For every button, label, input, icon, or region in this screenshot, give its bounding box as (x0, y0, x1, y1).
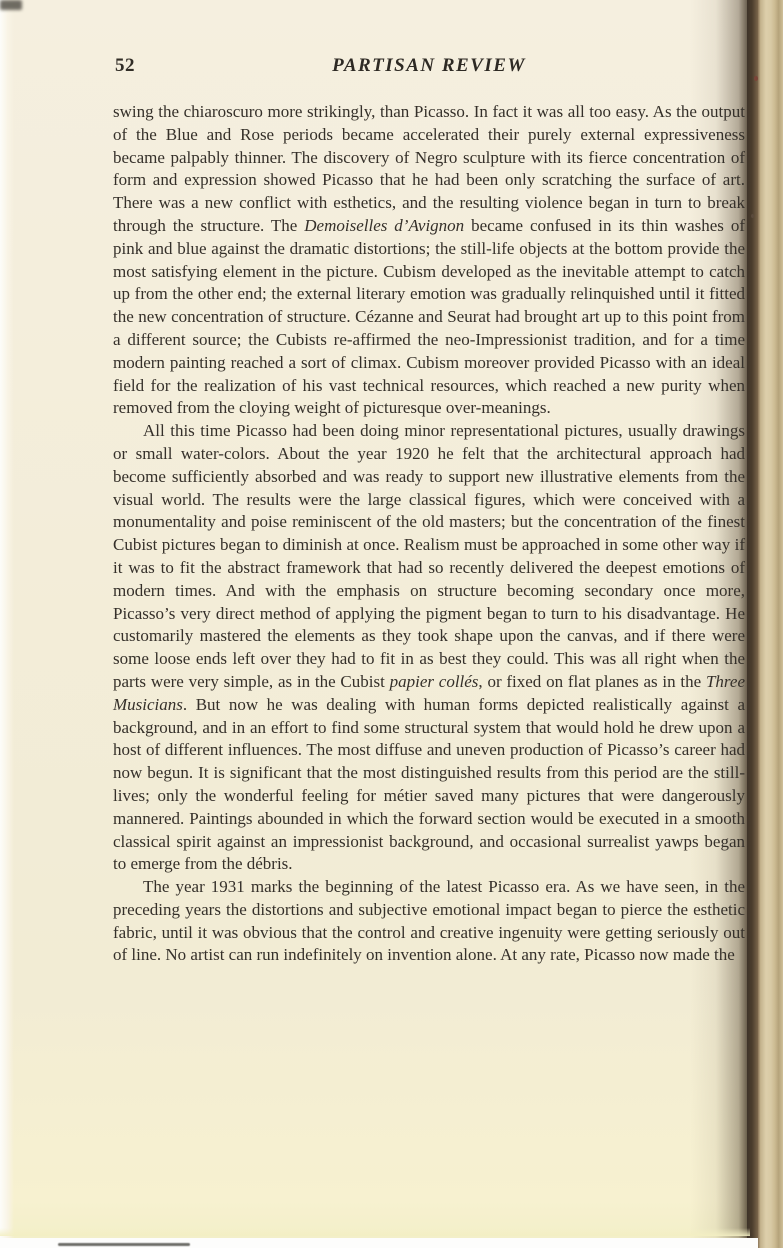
left-edge-highlight (0, 0, 14, 1238)
page-edge-shadow (747, 0, 758, 1248)
body-paragraph: The year 1931 marks the beginning of the… (113, 876, 745, 967)
scanned-page: 52 PARTISAN REVIEW swing the chiaroscuro… (0, 0, 783, 1248)
top-left-scan-artifact (0, 0, 22, 10)
body-paragraph: swing the chiaroscuro more strikingly, t… (113, 101, 745, 420)
paragraph-text: became confused in its thin washes of pi… (113, 216, 745, 417)
text-column: 52 PARTISAN REVIEW swing the chiaroscuro… (113, 55, 745, 967)
paragraph-text: , or fixed on flat planes as in the (478, 672, 706, 691)
bottom-scan-artifact (58, 1243, 190, 1246)
page-edge-speck (751, 214, 754, 218)
page-edge-speck (754, 76, 758, 81)
bottom-tint-line (0, 1228, 750, 1236)
running-header: 52 PARTISAN REVIEW (113, 55, 745, 81)
italic-title-text: Demoiselles d’Avignon (304, 216, 464, 235)
italic-title-text: papier collés (390, 672, 479, 691)
paragraph-text: . But now he was dealing with human form… (113, 695, 745, 874)
paragraph-text: All this time Picasso had been doing min… (113, 421, 745, 691)
running-head-title: PARTISAN REVIEW (113, 55, 745, 77)
body-paragraph: All this time Picasso had been doing min… (113, 420, 745, 876)
paragraph-text: The year 1931 marks the beginning of the… (113, 877, 745, 964)
body-text: swing the chiaroscuro more strikingly, t… (113, 101, 745, 967)
book-page-edges (758, 0, 783, 1248)
